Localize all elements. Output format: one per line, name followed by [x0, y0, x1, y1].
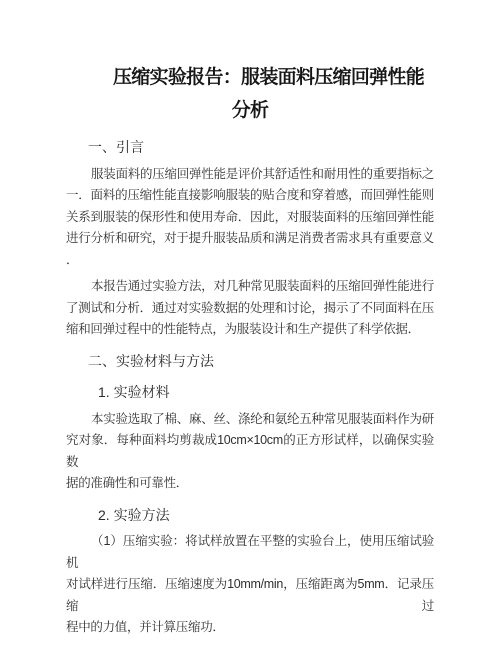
- text-line: 本实验选取了棉、麻、丝、涤纶和氨纶五种常见服装面料作为研: [66, 409, 434, 431]
- section-heading: 1. 实验材料: [66, 382, 434, 404]
- paragraph: 服装面料的压缩回弹性能是评价其舒适性和耐用性的重要指标之一．面料的压缩性能直接影…: [66, 164, 434, 272]
- text-line: 了测试和分析．通过对实验数据的处理和讨论，揭示了不同面料在压: [66, 298, 434, 320]
- text-line: 本报告通过实验方法，对几种常见服装面料的压缩回弹性能进行: [66, 276, 434, 298]
- paragraph: （1）压缩实验：将试样放置在平整的实验台上，使用压缩试验机对试样进行压缩．压缩速…: [66, 531, 434, 639]
- text-line: 程中的力值，并计算压缩功．: [66, 617, 434, 639]
- document-body: 一、引言服装面料的压缩回弹性能是评价其舒适性和耐用性的重要指标之一．面料的压缩性…: [66, 137, 434, 639]
- text-line: 据的准确性和可靠性．: [66, 473, 434, 495]
- paragraph: 本实验选取了棉、麻、丝、涤纶和氨纶五种常见服装面料作为研究对象．每种面料均剪裁成…: [66, 409, 434, 495]
- section-heading: 一、引言: [66, 137, 434, 159]
- document-title: 压缩实验报告：服装面料压缩回弹性能 分析: [66, 61, 434, 127]
- text-line: ．: [66, 250, 434, 272]
- text-line: 服装面料的压缩回弹性能是评价其舒适性和耐用性的重要指标之: [66, 164, 434, 186]
- document-title-line1: 压缩实验报告：服装面料压缩回弹性能: [66, 61, 434, 94]
- text-line: 关系到服装的保形性和使用寿命．因此，对服装面料的压缩回弹性能: [66, 207, 434, 229]
- text-line: （1）压缩实验：将试样放置在平整的实验台上，使用压缩试验机: [66, 531, 434, 574]
- text-line: 进行分析和研究，对于提升服装品质和满足消费者需求具有重要意义: [66, 228, 434, 250]
- text-line: 究对象．每种面料均剪裁成10cm×10cm的正方形试样，以确保实验数: [66, 430, 434, 473]
- section-heading: 二、实验材料与方法: [66, 351, 434, 373]
- section-heading: 2. 实验方法: [66, 505, 434, 527]
- text-line: 一．面料的压缩性能直接影响服装的贴合度和穿着感，而回弹性能则: [66, 185, 434, 207]
- document-page: 压缩实验报告：服装面料压缩回弹性能 分析 一、引言服装面料的压缩回弹性能是评价其…: [0, 0, 500, 647]
- text-line: 对试样进行压缩．压缩速度为10mm/min，压缩距离为5mm．记录压缩过: [66, 574, 434, 617]
- document-title-line2: 分析: [66, 94, 434, 127]
- paragraph: 本报告通过实验方法，对几种常见服装面料的压缩回弹性能进行了测试和分析．通过对实验…: [66, 276, 434, 341]
- text-line: 缩和回弹过程中的性能特点，为服装设计和生产提供了科学依据．: [66, 319, 434, 341]
